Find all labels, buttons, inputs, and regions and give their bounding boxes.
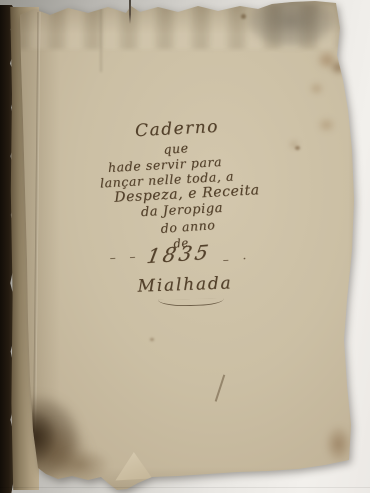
year-value: 1835	[145, 240, 213, 268]
ink-speck-1	[241, 14, 246, 19]
place-name: Mialhada	[137, 273, 233, 296]
ink-speck-2	[295, 146, 300, 150]
background-seam	[0, 487, 370, 488]
minor-crease	[100, 8, 102, 72]
pin-crack-top-edge	[129, 0, 131, 24]
stain-right-edge-4	[317, 117, 336, 133]
paper-wrapper: Caderno que hade servir para lançar nell…	[0, 0, 370, 493]
stain-bottom-left-core	[10, 410, 56, 464]
year-dash-left: – –	[109, 249, 141, 265]
title-line-que: que	[163, 140, 189, 157]
stain-bottom-left-tail	[52, 448, 110, 482]
year-dash-right: – ·	[222, 251, 251, 266]
ink-speck-3	[150, 338, 154, 341]
manuscript-photo: Caderno que hade servir para lançar nell…	[0, 0, 370, 493]
stain-right-edge-3	[309, 82, 324, 95]
stain-bottom-right-corner	[325, 425, 352, 463]
cover-page: Caderno que hade servir para lançar nell…	[0, 0, 370, 493]
stain-right-edge-2	[330, 60, 347, 75]
